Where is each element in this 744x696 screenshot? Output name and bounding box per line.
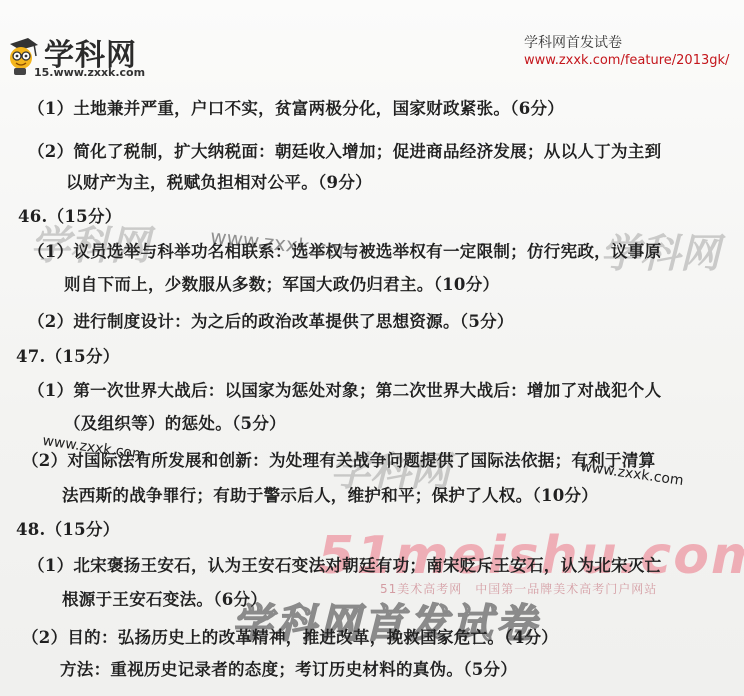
logo-url[interactable]: 15.www.zxxk.com: [34, 66, 145, 79]
answer-48-1-cont: 根源于王安石变法。（6分）: [62, 586, 267, 610]
answer-45-1: （1）土地兼并严重，户口不实，贫富两极分化，国家财政紧张。（6分）: [28, 95, 564, 119]
answer-47-1-cont: （及组织等）的惩处。（5分）: [64, 410, 286, 434]
answer-47-2-cont: 法西斯的战争罪行；有助于警示后人，维护和平；保护了人权。（10分）: [62, 482, 598, 506]
answer-48-1: （1）北宋褒扬王安石，认为王安石变法对朝廷有功；南宋贬斥王安石，认为北宋灭亡: [28, 552, 661, 576]
answer-46-2: （2）进行制度设计：为之后的政治改革提供了思想资源。（5分）: [28, 308, 514, 332]
answer-47-1: （1）第一次世界大战后：以国家为惩处对象；第二次世界大战后：增加了对战犯个人: [28, 377, 661, 401]
scanned-page: 学科网 15.www.zxxk.com 学科网首发试卷 www.zxxk.com…: [0, 0, 744, 696]
question-48-heading: 48.（15分）: [16, 516, 120, 540]
answer-48-2: （2）目的：弘扬历史上的改革精神，推进改革，挽救国家危亡。（4分）: [22, 624, 558, 648]
question-46-heading: 46.（15分）: [18, 203, 122, 227]
header-right: 学科网首发试卷 www.zxxk.com/feature/2013gk/: [524, 34, 729, 70]
answer-47-2: （2）对国际法有所发展和创新：为处理有关战争问题提供了国际法依据；有利于清算: [22, 447, 655, 471]
answer-45-2: （2）简化了税制，扩大纳税面：朝廷收入增加；促进商品经济发展；从以人丁为主到: [28, 138, 661, 162]
answer-46-1-cont: 则自下而上，少数服从多数；军国大政仍归君主。（10分）: [64, 271, 499, 295]
watermark-51meishu-sub: 51美术高考网 中国第一品牌美术高考门户网站: [380, 580, 657, 597]
answer-46-1: （1）议员选举与科举功名相联系：选举权与被选举权有一定限制；仿行宪政，议事原: [28, 238, 661, 262]
site-title: 学科网首发试卷: [524, 34, 729, 52]
question-47-heading: 47.（15分）: [16, 343, 120, 367]
site-url-link[interactable]: www.zxxk.com/feature/2013gk/: [524, 52, 729, 70]
answer-45-2-cont: 以财产为主，税赋负担相对公平。（9分）: [66, 169, 372, 193]
answer-48-2-cont: 方法：重视历史记录者的态度；考订历史材料的真伪。（5分）: [60, 656, 517, 680]
zxxk-logo[interactable]: 学科网 15.www.zxxk.com: [4, 26, 154, 86]
